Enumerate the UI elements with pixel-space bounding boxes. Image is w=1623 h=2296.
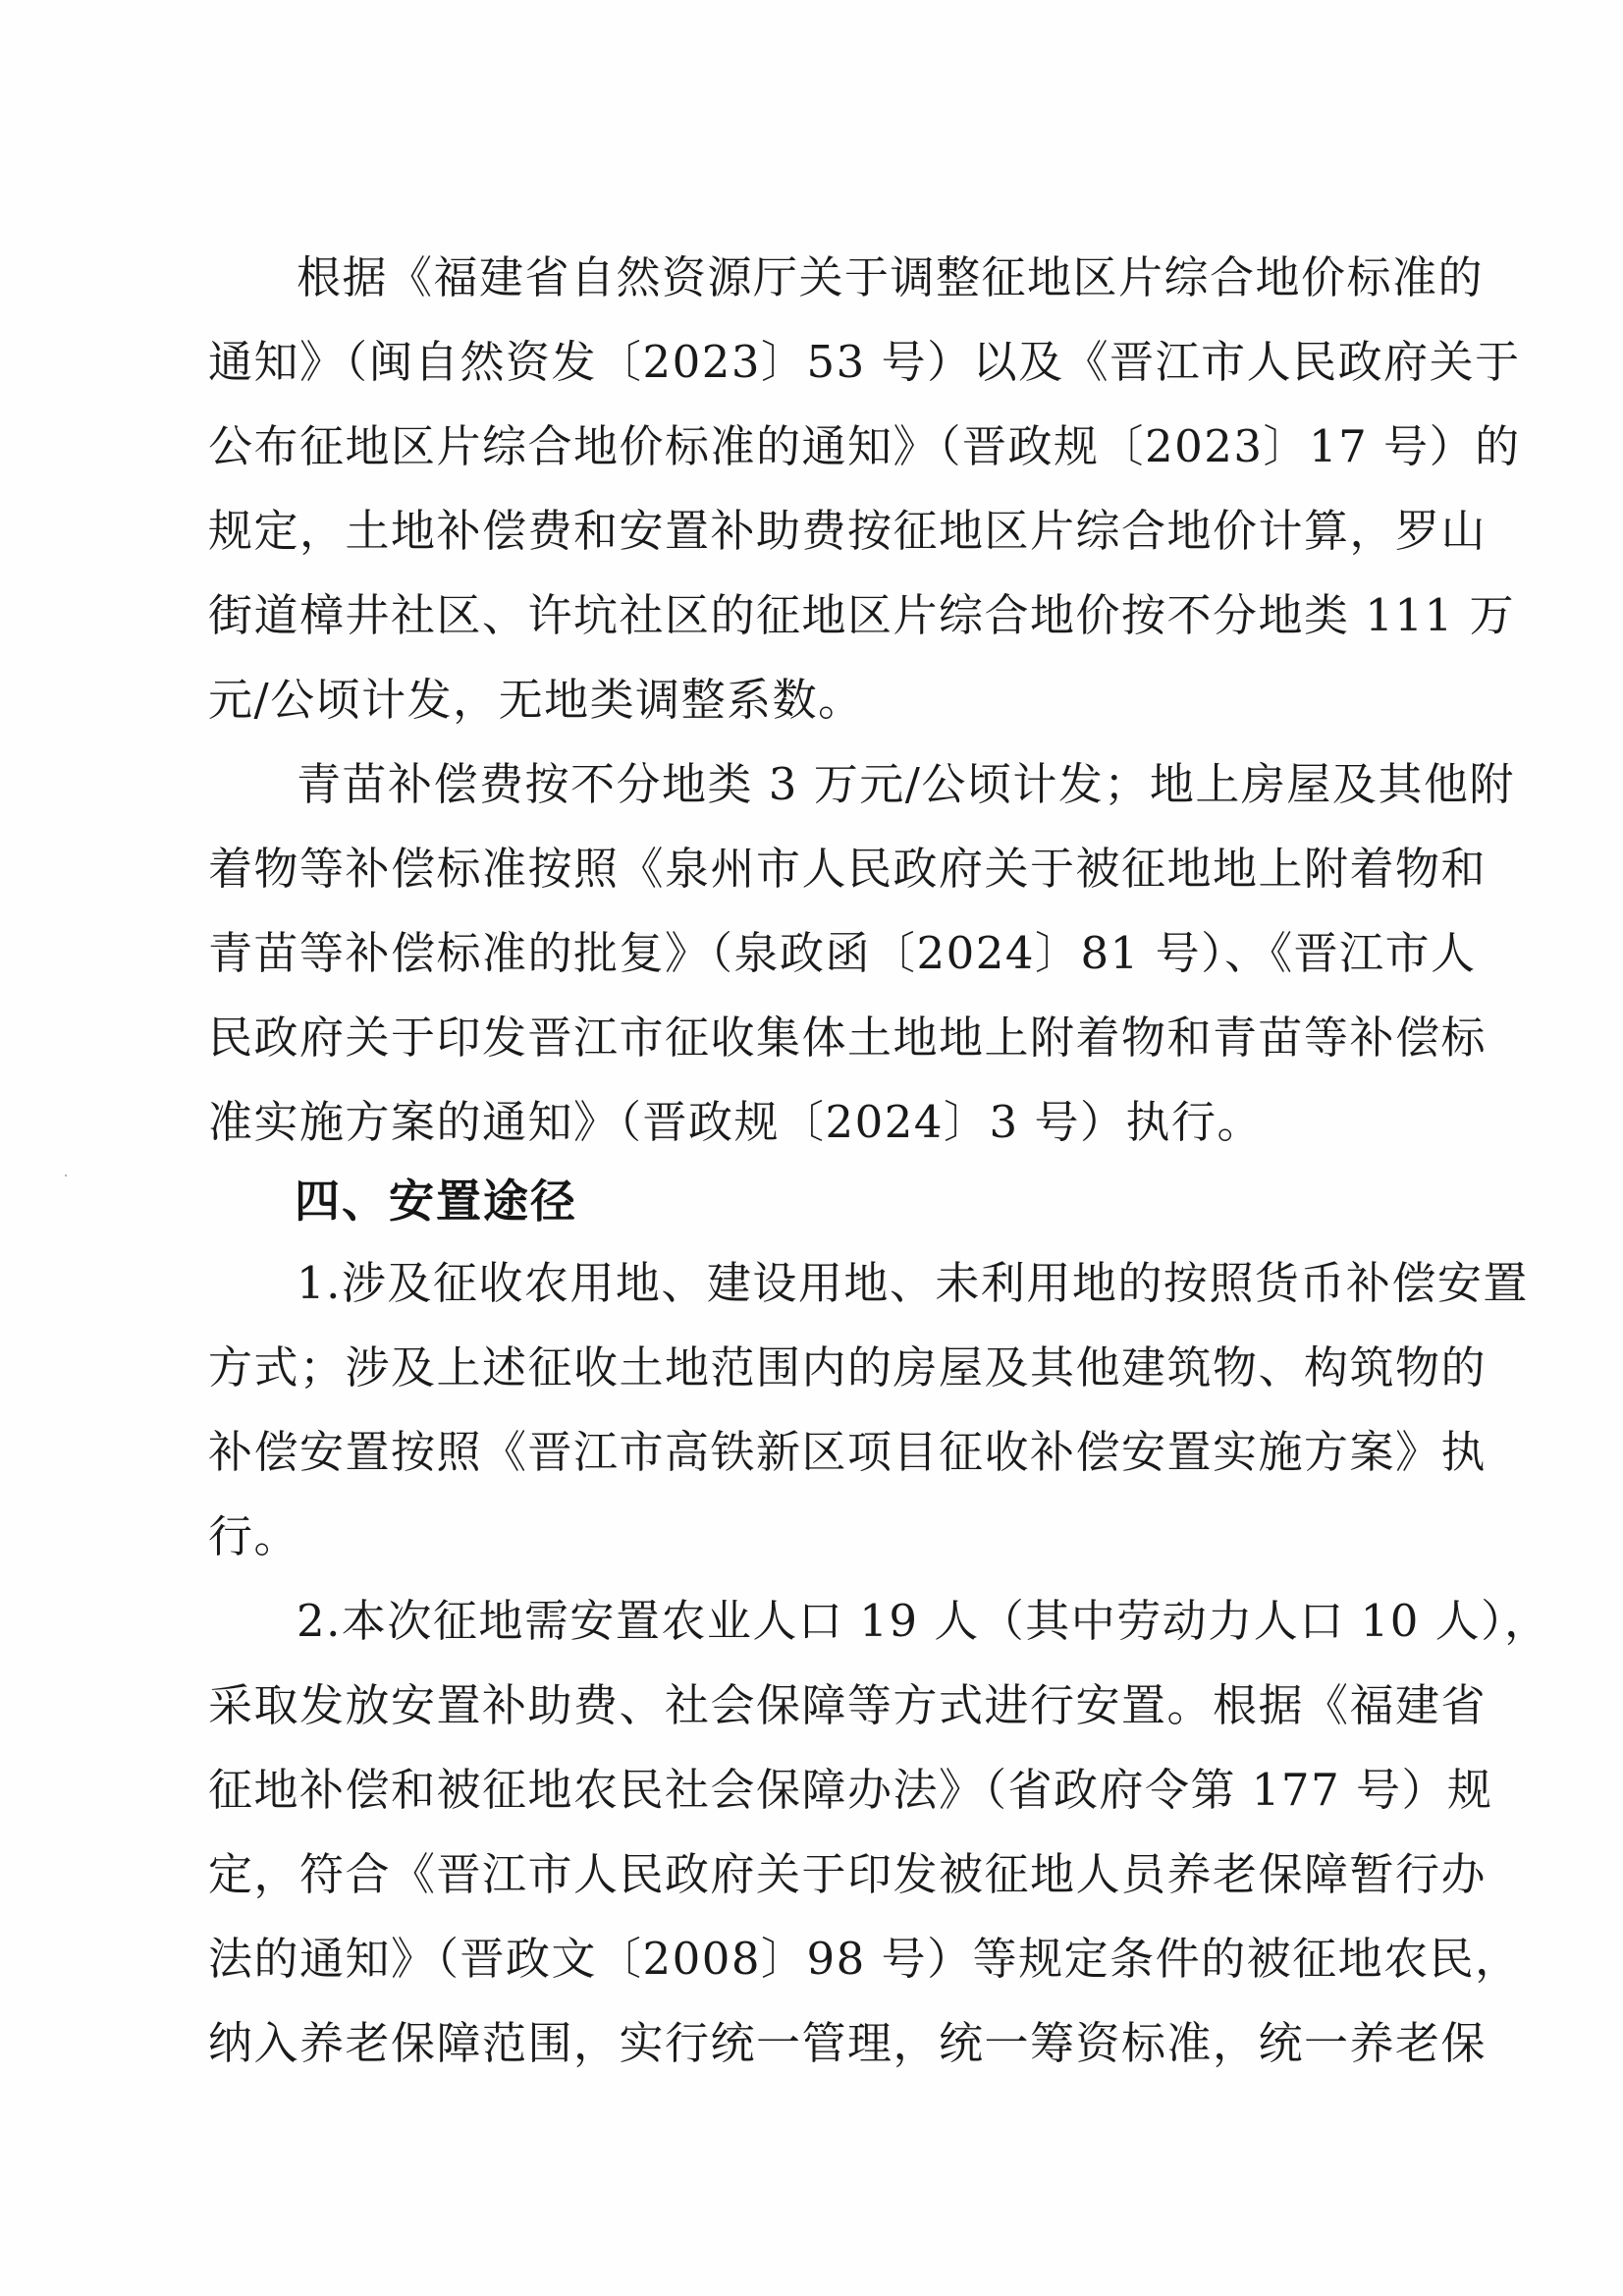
paragraph-line: 2.本次征地需安置农业人口 19 人（其中劳动力人口 10 人）， xyxy=(297,1587,1406,1656)
paragraph-line: 方式；涉及上述征收土地范围内的房屋及其他建筑物、构筑物的 xyxy=(208,1334,1406,1402)
scan-speck xyxy=(65,1175,67,1176)
paragraph-line: 法的通知》（晋政文〔2008〕98 号）等规定条件的被征地农民， xyxy=(208,1925,1406,1994)
paragraph-line: 青苗补偿费按不分地类 3 万元/公顷计发；地上房屋及其他附 xyxy=(297,750,1406,819)
paragraph-line: 补偿安置按照《晋江市高铁新区项目征收补偿安置实施方案》执 xyxy=(208,1418,1406,1487)
paragraph-line: 民政府关于印发晋江市征收集体土地地上附着物和青苗等补偿标 xyxy=(208,1004,1406,1072)
document-page: 根据《福建省自然资源厅关于调整征地区片综合地价标准的 通知》（闽自然资发〔202… xyxy=(0,0,1623,2296)
paragraph-line: 纳入养老保障范围，实行统一管理，统一筹资标准，统一养老保 xyxy=(208,2009,1406,2078)
paragraph-line: 规定，土地补偿费和安置补助费按征地区片综合地价计算，罗山 xyxy=(208,497,1406,566)
paragraph-line: 青苗等补偿标准的批复》（泉政函〔2024〕81 号）、《晋江市人 xyxy=(208,919,1406,988)
paragraph-line: 采取发放安置补助费、社会保障等方式进行安置。根据《福建省 xyxy=(208,1671,1406,1740)
paragraph-line: 根据《福建省自然资源厅关于调整征地区片综合地价标准的 xyxy=(297,244,1406,312)
paragraph-line: 通知》（闽自然资发〔2023〕53 号）以及《晋江市人民政府关于 xyxy=(208,328,1406,397)
paragraph-line: 1.涉及征收农用地、建设用地、未利用地的按照货币补偿安置 xyxy=(297,1249,1406,1318)
paragraph-line: 行。 xyxy=(208,1503,1406,1571)
paragraph-line: 着物等补偿标准按照《泉州市人民政府关于被征地地上附着物和 xyxy=(208,835,1406,903)
paragraph-line: 准实施方案的通知》（晋政规〔2024〕3 号）执行。 xyxy=(208,1088,1406,1157)
paragraph-line: 征地补偿和被征地农民社会保障办法》（省政府令第 177 号）规 xyxy=(208,1756,1406,1825)
paragraph-line: 定，符合《晋江市人民政府关于印发被征地人员养老保障暂行办 xyxy=(208,1840,1406,1909)
paragraph-line: 元/公顷计发，无地类调整系数。 xyxy=(208,666,1406,735)
paragraph-line: 公布征地区片综合地价标准的通知》（晋政规〔2023〕17 号）的 xyxy=(208,412,1406,481)
section-heading: 四、安置途径 xyxy=(295,1167,577,1235)
paragraph-line: 街道樟井社区、许坑社区的征地区片综合地价按不分地类 111 万 xyxy=(208,581,1406,650)
